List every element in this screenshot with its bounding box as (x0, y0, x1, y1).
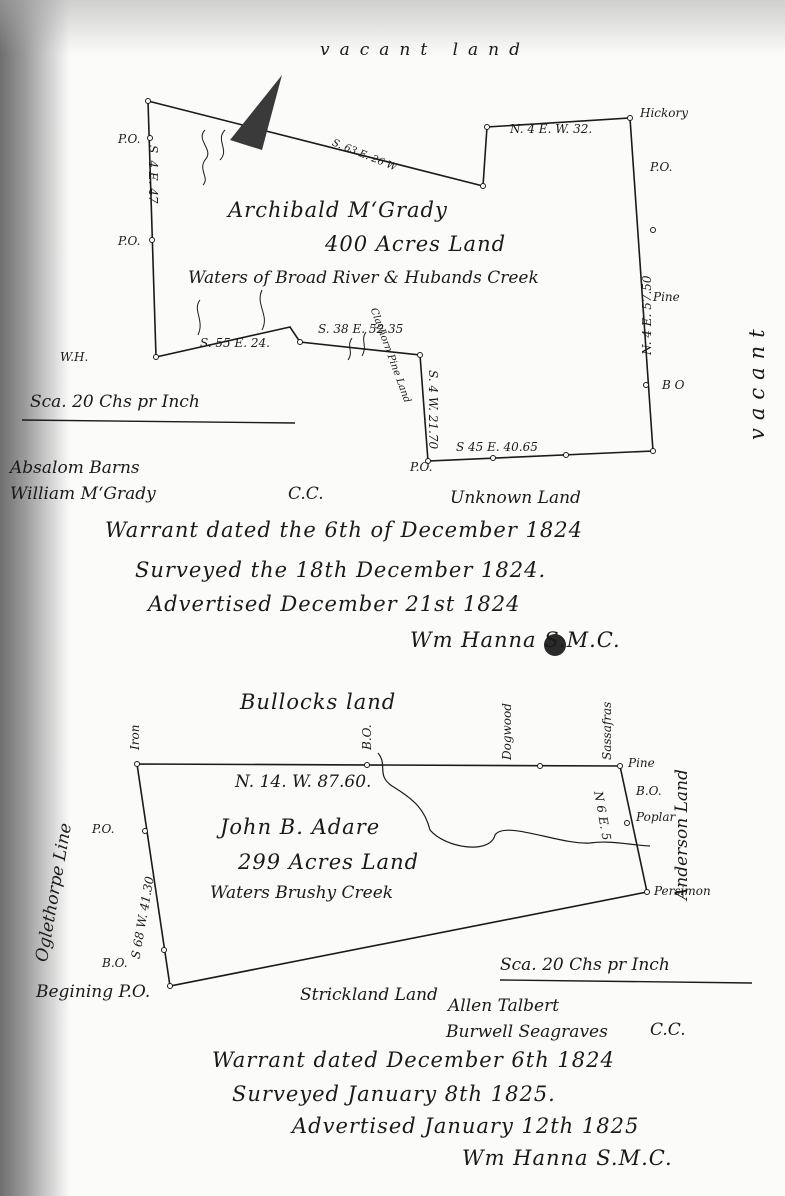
plat-2-corner-ne: Pine (628, 756, 655, 770)
plat-2-label-bo-east: B.O. (636, 784, 662, 798)
plat-2-corner-nw: Iron (128, 725, 142, 750)
plat-1-owner: Archibald MʻGrady (228, 198, 448, 222)
plat-2-label-poplar: Poplar (636, 810, 675, 824)
plat-1-adjacent-east: vacant (745, 321, 769, 440)
plat-2-adjacent-north: Bullocks land (240, 690, 396, 714)
plat-2-adjacent-east: Anderson Land (672, 769, 692, 900)
plat-2-waters: Waters Brushy Creek (210, 883, 393, 903)
plat-2-label-bo-north: B.O. (360, 724, 374, 750)
plat-1-surveyed: Surveyed the 18th December 1824. (135, 558, 546, 582)
plat-1-bearing-east: N. 4 E. 57.50 (640, 275, 654, 355)
plat-2-cc-label: C.C. (650, 1020, 686, 1040)
plat-2-label-sassafras: Sassafras (600, 702, 614, 760)
plat-2-surveyor: Wm Hanna S.M.C. (462, 1146, 673, 1170)
plat-2-surveyed: Surveyed January 8th 1825. (232, 1082, 556, 1106)
plat-1-corner-ne: Hickory (640, 106, 688, 120)
plat-2-owner: John B. Adare (220, 815, 380, 839)
plat-1-waters: Waters of Broad River & Hubands Creek (188, 268, 539, 288)
plat-1-surveyor: Wm Hanna S.M.C. (410, 628, 621, 652)
plat-1-corner-sw: P.O. (410, 460, 432, 474)
plat-1-advertised: Advertised December 21st 1824 (148, 592, 520, 616)
plat-2-warrant: Warrant dated December 6th 1824 (212, 1048, 615, 1072)
plat-1-warrant: Warrant dated the 6th of December 1824 (105, 518, 583, 542)
plat-1-cc-label: C.C. (288, 484, 324, 504)
plat-2-boundary (137, 764, 647, 986)
plat-2-label-dogwood: Dogwood (500, 703, 514, 760)
plat-1-corner-nw: P.O. (118, 132, 140, 146)
plat-2-advertised: Advertised January 12th 1825 (292, 1114, 639, 1138)
plat-2-chain-carrier-2: Burwell Seagraves (446, 1022, 608, 1042)
plat-1-bearing-south: S 45 E. 40.65 (456, 440, 538, 454)
plat-1-bearing-west: S. 4 E. 47 (146, 145, 160, 204)
plat-1-label-po: P.O. (118, 234, 140, 248)
plat-1-label-pine-east: Pine (653, 290, 680, 304)
plat-2-adjacent-south: Strickland Land (300, 985, 438, 1005)
plat-1-bearing-mid-line: S. 38 E. 52.35 (318, 322, 403, 336)
survey-page: vacant land Archibald MʻGrady 400 Acres … (0, 0, 785, 1196)
plat-1-acreage: 400 Acres Land (325, 232, 506, 256)
plat-2-chain-carrier-1: Allen Talbert (448, 996, 559, 1016)
plat-1-bearing-ne-line: N. 4 E. W. 32. (510, 122, 592, 136)
plat-2-label-bo-sw: B.O. (102, 956, 128, 970)
plat-1-bearing-sw-line: S. 55 E. 24. (200, 336, 270, 350)
plat-1-chain-carrier-2: William MʻGrady (10, 484, 156, 504)
plat-2-corner-sw: Begining P.O. (36, 982, 150, 1002)
plat-1-adjacent-north: vacant land (320, 40, 530, 60)
plat-2-acreage: 299 Acres Land (238, 850, 419, 874)
plat-1-label-bo-east: B O (662, 378, 684, 392)
plat-2-label-po-west: P.O. (92, 822, 114, 836)
plat-1-adjacent-south: Unknown Land (450, 488, 581, 508)
plat-2-bearing-north: N. 14. W. 87.60. (235, 772, 371, 792)
plat-1-chain-carrier-1: Absalom Barns (10, 458, 140, 478)
plat-1-bearing-sw-short: S. 4 W. 21.70 (426, 370, 440, 449)
plat-2-scale: Sca. 20 Chs pr Inch (500, 955, 670, 975)
plat-1-corner-west: W.H. (60, 350, 88, 364)
plat-1-scale: Sca. 20 Chs pr Inch (30, 392, 200, 412)
plat-1-label-po-east: P.O. (650, 160, 672, 174)
